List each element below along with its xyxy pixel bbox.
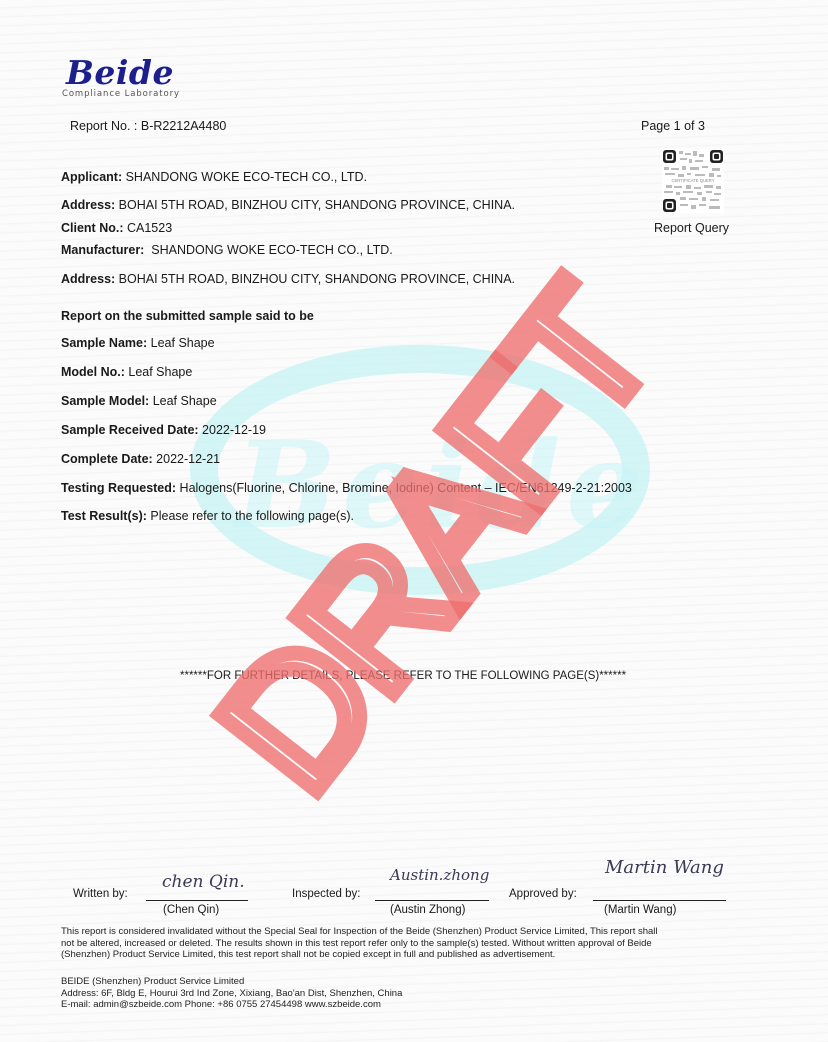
field-label: Sample Model: bbox=[61, 394, 149, 408]
logo-brand: Beide bbox=[62, 56, 212, 90]
approved-by-signature: Martin Wang bbox=[605, 857, 724, 878]
address-label: Address: bbox=[61, 198, 115, 212]
approved-by-name: (Martin Wang) bbox=[604, 904, 676, 916]
received-date-row: Sample Received Date: 2022-12-19 bbox=[61, 423, 266, 437]
logo-tagline: Compliance Laboratory bbox=[62, 89, 212, 99]
qr-code-icon[interactable]: CERTIFICATE QUERY bbox=[662, 149, 724, 213]
field-value: 2022-12-21 bbox=[156, 452, 220, 466]
report-number: Report No. : B-R2212A4480 bbox=[70, 119, 226, 133]
disclaimer-line: (Shenzhen) Product Service Limited, this… bbox=[61, 949, 658, 961]
field-label: Sample Received Date: bbox=[61, 423, 199, 437]
applicant-value: SHANDONG WOKE ECO-TECH CO., LTD. bbox=[126, 170, 367, 184]
inspected-by-label: Inspected by: bbox=[292, 888, 360, 900]
field-value: Leaf Shape bbox=[153, 394, 217, 408]
inspected-by-line bbox=[375, 900, 489, 901]
manufacturer-label: Manufacturer: bbox=[61, 243, 144, 257]
report-number-value: B-R2212A4480 bbox=[141, 119, 226, 133]
field-value: Please refer to the following page(s). bbox=[150, 509, 354, 523]
report-number-label: Report No. : bbox=[70, 119, 137, 133]
sample-heading: Report on the submitted sample said to b… bbox=[61, 309, 314, 323]
company-address: Address: 6F, Bldg E, Hourui 3rd Ind Zone… bbox=[61, 988, 402, 1000]
sample-model-row: Sample Model: Leaf Shape bbox=[61, 394, 217, 408]
written-by-name: (Chen Qin) bbox=[163, 904, 219, 916]
sample-name-row: Sample Name: Leaf Shape bbox=[61, 336, 215, 350]
field-value: Leaf Shape bbox=[128, 365, 192, 379]
applicant-row: Applicant: SHANDONG WOKE ECO-TECH CO., L… bbox=[61, 170, 367, 184]
manufacturer-row: Manufacturer: SHANDONG WOKE ECO-TECH CO.… bbox=[61, 243, 393, 257]
client-no-label: Client No.: bbox=[61, 221, 124, 235]
client-no-row: Client No.: CA1523 bbox=[61, 221, 172, 235]
manufacturer-address-value: BOHAI 5TH ROAD, BINZHOU CITY, SHANDONG P… bbox=[119, 272, 515, 286]
model-no-row: Model No.: Leaf Shape bbox=[61, 365, 192, 379]
client-no-value: CA1523 bbox=[127, 221, 172, 235]
field-value: Halogens(Fluorine, Chlorine, Bromine, Io… bbox=[180, 481, 632, 495]
address-value: BOHAI 5TH ROAD, BINZHOU CITY, SHANDONG P… bbox=[119, 198, 515, 212]
field-label: Model No.: bbox=[61, 365, 125, 379]
field-label: Testing Requested: bbox=[61, 481, 176, 495]
field-label: Test Result(s): bbox=[61, 509, 147, 523]
qr-caption: Report Query bbox=[654, 221, 729, 235]
manufacturer-value: SHANDONG WOKE ECO-TECH CO., LTD. bbox=[151, 243, 392, 257]
company-logo: Beide Compliance Laboratory bbox=[62, 56, 212, 99]
applicant-label: Applicant: bbox=[61, 170, 122, 184]
approved-by-line bbox=[593, 900, 726, 901]
manufacturer-address-label: Address: bbox=[61, 272, 115, 286]
company-footer: BEIDE (Shenzhen) Product Service Limited… bbox=[61, 976, 402, 1011]
field-value: Leaf Shape bbox=[151, 336, 215, 350]
inspected-by-name: (Austin Zhong) bbox=[390, 904, 465, 916]
disclaimer-line: This report is considered invalidated wi… bbox=[61, 926, 658, 938]
company-contact: E-mail: admin@szbeide.com Phone: +86 075… bbox=[61, 999, 402, 1011]
testing-requested-row: Testing Requested: Halogens(Fluorine, Ch… bbox=[61, 481, 632, 495]
complete-date-row: Complete Date: 2022-12-21 bbox=[61, 452, 220, 466]
written-by-signature: chen Qin. bbox=[162, 872, 245, 892]
field-label: Complete Date: bbox=[61, 452, 153, 466]
approved-by-label: Approved by: bbox=[509, 888, 577, 900]
field-value: 2022-12-19 bbox=[202, 423, 266, 437]
manufacturer-address-row: Address: BOHAI 5TH ROAD, BINZHOU CITY, S… bbox=[61, 272, 515, 286]
written-by-label: Written by: bbox=[73, 888, 128, 900]
disclaimer-line: not be altered, increased or deleted. Th… bbox=[61, 938, 658, 950]
test-result-row: Test Result(s): Please refer to the foll… bbox=[61, 509, 354, 523]
field-label: Sample Name: bbox=[61, 336, 147, 350]
applicant-address-row: Address: BOHAI 5TH ROAD, BINZHOU CITY, S… bbox=[61, 198, 515, 212]
page-indicator: Page 1 of 3 bbox=[641, 119, 705, 133]
company-name: BEIDE (Shenzhen) Product Service Limited bbox=[61, 976, 402, 988]
disclaimer: This report is considered invalidated wi… bbox=[61, 926, 658, 961]
sample-heading-text: Report on the submitted sample said to b… bbox=[61, 309, 314, 323]
inspected-by-signature: Austin.zhong bbox=[390, 866, 489, 884]
svg-text:CERTIFICATE QUERY: CERTIFICATE QUERY bbox=[671, 178, 714, 183]
further-details-note: ******FOR FURTHER DETAILS, PLEASE REFER … bbox=[180, 670, 626, 682]
written-by-line bbox=[146, 900, 248, 901]
